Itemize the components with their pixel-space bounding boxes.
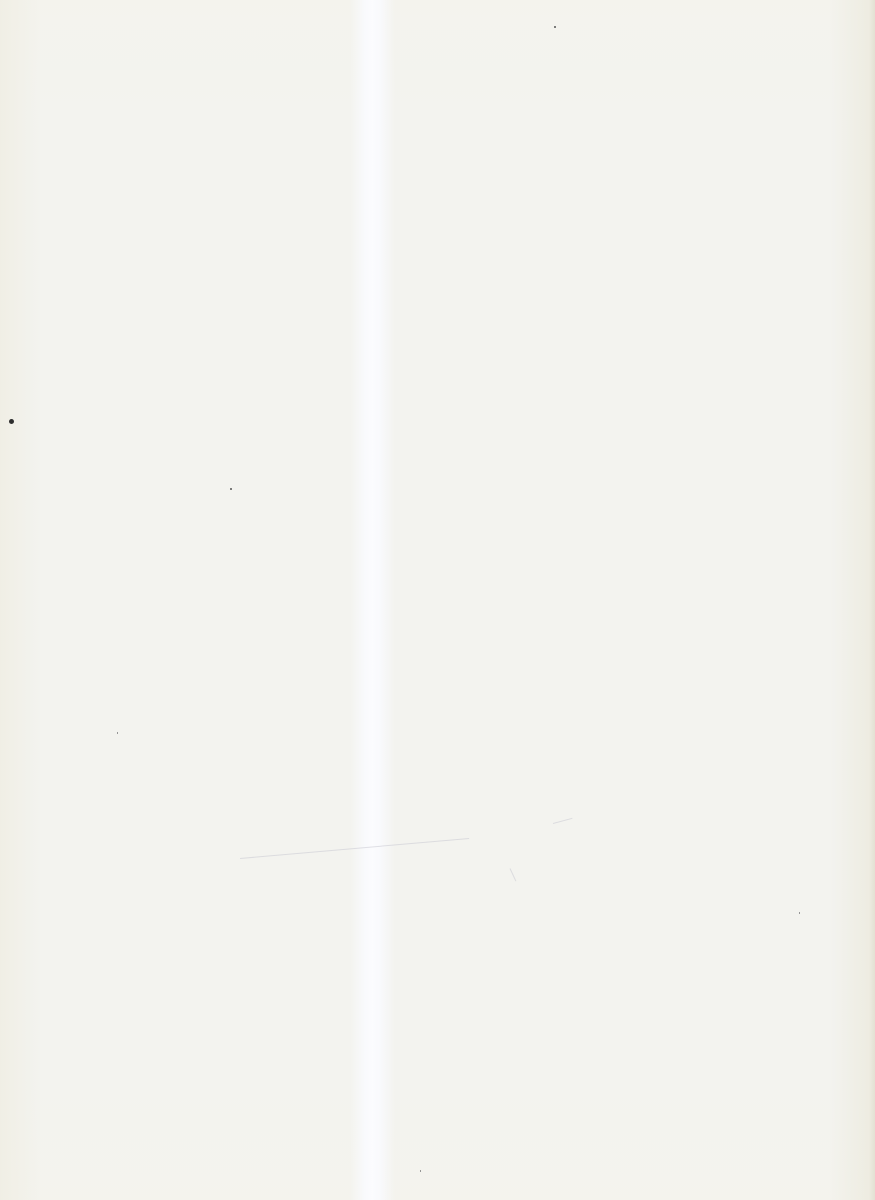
dust-speck xyxy=(420,1170,421,1172)
blank-scanned-page xyxy=(0,0,875,1200)
dust-speck xyxy=(799,912,800,914)
dust-speck xyxy=(9,419,14,424)
dust-speck xyxy=(230,488,232,490)
page-edge-shadow xyxy=(869,0,875,1200)
dust-speck xyxy=(554,26,556,28)
paper-scratch xyxy=(240,838,469,859)
paper-scratch xyxy=(553,818,573,824)
paper-scratch xyxy=(510,868,517,881)
dust-speck xyxy=(117,732,118,734)
